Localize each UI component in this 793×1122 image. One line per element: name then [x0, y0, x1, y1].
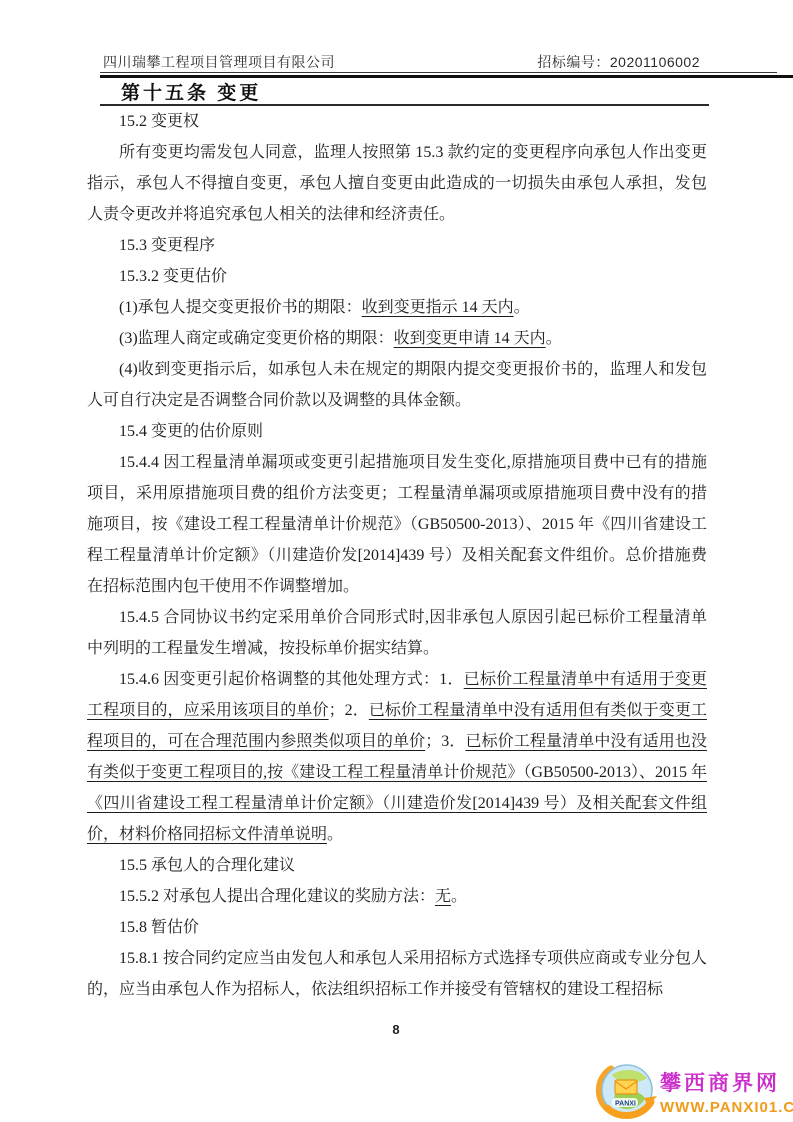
paragraph: 15.4.6 因变更引起价格调整的其他处理方式：1．已标价工程量清单中有适用于变… [87, 664, 707, 850]
text-segment: 。 [514, 299, 530, 316]
text-segment: 。 [327, 826, 343, 843]
logo-text: PANXI [615, 1101, 636, 1108]
watermark-texts: 攀西商界网 WWW.PANXI01.COM [660, 1067, 793, 1116]
underlined-text: 收到变更申请 14 天内 [394, 330, 546, 347]
page-number: 8 [384, 1022, 408, 1037]
text-segment: (4)收到变更指示后，如承包人未在规定的期限内提交变更报价书的，监理人和发包人可… [87, 361, 707, 409]
company-name: 四川瑞攀工程项目管理项目有限公司 [103, 52, 335, 72]
watermark-site-url: WWW.PANXI01.COM [660, 1099, 793, 1116]
paragraph: (3)监理人商定或确定变更价格的期限：收到变更申请 14 天内。 [87, 323, 707, 354]
paragraph: 15.5 承包人的合理化建议 [87, 850, 707, 881]
text-segment: 15.2 变更权 [119, 113, 199, 130]
text-segment: 15.4.6 因变更引起价格调整的其他处理方式：1． [119, 671, 464, 688]
document-body: 15.2 变更权所有变更均需发包人同意，监理人按照第 15.3 款约定的变更程序… [87, 106, 707, 1005]
text-segment: 。 [546, 330, 562, 347]
paragraph: 15.3 变更程序 [87, 230, 707, 261]
text-segment: (3)监理人商定或确定变更价格的期限： [119, 330, 394, 347]
paragraph: 15.2 变更权 [87, 106, 707, 137]
text-segment: (1)承包人提交变更报价书的期限： [119, 299, 362, 316]
text-segment: 15.4.4 因工程量清单漏项或变更引起措施项目发生变化,原措施项目费中已有的措… [87, 454, 707, 595]
paragraph: 15.5.2 对承包人提出合理化建议的奖励方法：无。 [87, 881, 707, 912]
text-segment: 所有变更均需发包人同意，监理人按照第 15.3 款约定的变更程序向承包人作出变更… [87, 144, 707, 223]
text-segment: 15.3.2 变更估价 [119, 268, 227, 285]
text-segment: 15.5 承包人的合理化建议 [119, 857, 295, 874]
text-segment: 15.8 暂估价 [119, 919, 199, 936]
paragraph: 15.4 变更的估价原则 [87, 416, 707, 447]
paragraph: 15.8 暂估价 [87, 912, 707, 943]
text-segment: 。 [451, 888, 467, 905]
paragraph: 15.3.2 变更估价 [87, 261, 707, 292]
paragraph: (4)收到变更指示后，如承包人未在规定的期限内提交变更报价书的，监理人和发包人可… [87, 354, 707, 416]
paragraph: 所有变更均需发包人同意，监理人按照第 15.3 款约定的变更程序向承包人作出变更… [87, 137, 707, 230]
panxi-globe-logo-icon: PANXI [594, 1061, 658, 1121]
paragraph: 15.4.4 因工程量清单漏项或变更引起措施项目发生变化,原措施项目费中已有的措… [87, 447, 707, 602]
text-segment: 15.3 变更程序 [119, 237, 215, 254]
watermark-site-name: 攀西商界网 [660, 1067, 780, 1097]
text-segment: 15.8.1 按合同约定应当由发包人和承包人采用招标方式选择专项供应商或专业分包… [87, 950, 707, 998]
page-header: 四川瑞攀工程项目管理项目有限公司 招标编号：20201106002 [103, 52, 700, 72]
paragraph: 15.8.1 按合同约定应当由发包人和承包人采用招标方式选择专项供应商或专业分包… [87, 943, 707, 1005]
underlined-text: 无 [435, 888, 451, 905]
paragraph: (1)承包人提交变更报价书的期限：收到变更指示 14 天内。 [87, 292, 707, 323]
text-segment: 15.4 变更的估价原则 [119, 423, 263, 440]
text-segment: 15.4.5 合同协议书约定采用单价合同形式时,因非承包人原因引起已标价工程量清… [87, 609, 707, 657]
site-watermark: PANXI 攀西商界网 WWW.PANXI01.COM [594, 1060, 793, 1122]
header-rule-thin [100, 72, 777, 73]
document-page: 四川瑞攀工程项目管理项目有限公司 招标编号：20201106002 第十五条 变… [0, 0, 793, 1122]
text-segment: ；3． [425, 733, 465, 750]
section-heading: 第十五条 变更 [121, 78, 261, 105]
text-segment: ；2． [329, 702, 369, 719]
text-segment: 15.5.2 对承包人提出合理化建议的奖励方法： [119, 888, 435, 905]
paragraph: 15.4.5 合同协议书约定采用单价合同形式时,因非承包人原因引起已标价工程量清… [87, 602, 707, 664]
underlined-text: 收到变更指示 14 天内 [362, 299, 514, 316]
bid-number: 招标编号：20201106002 [537, 52, 700, 72]
